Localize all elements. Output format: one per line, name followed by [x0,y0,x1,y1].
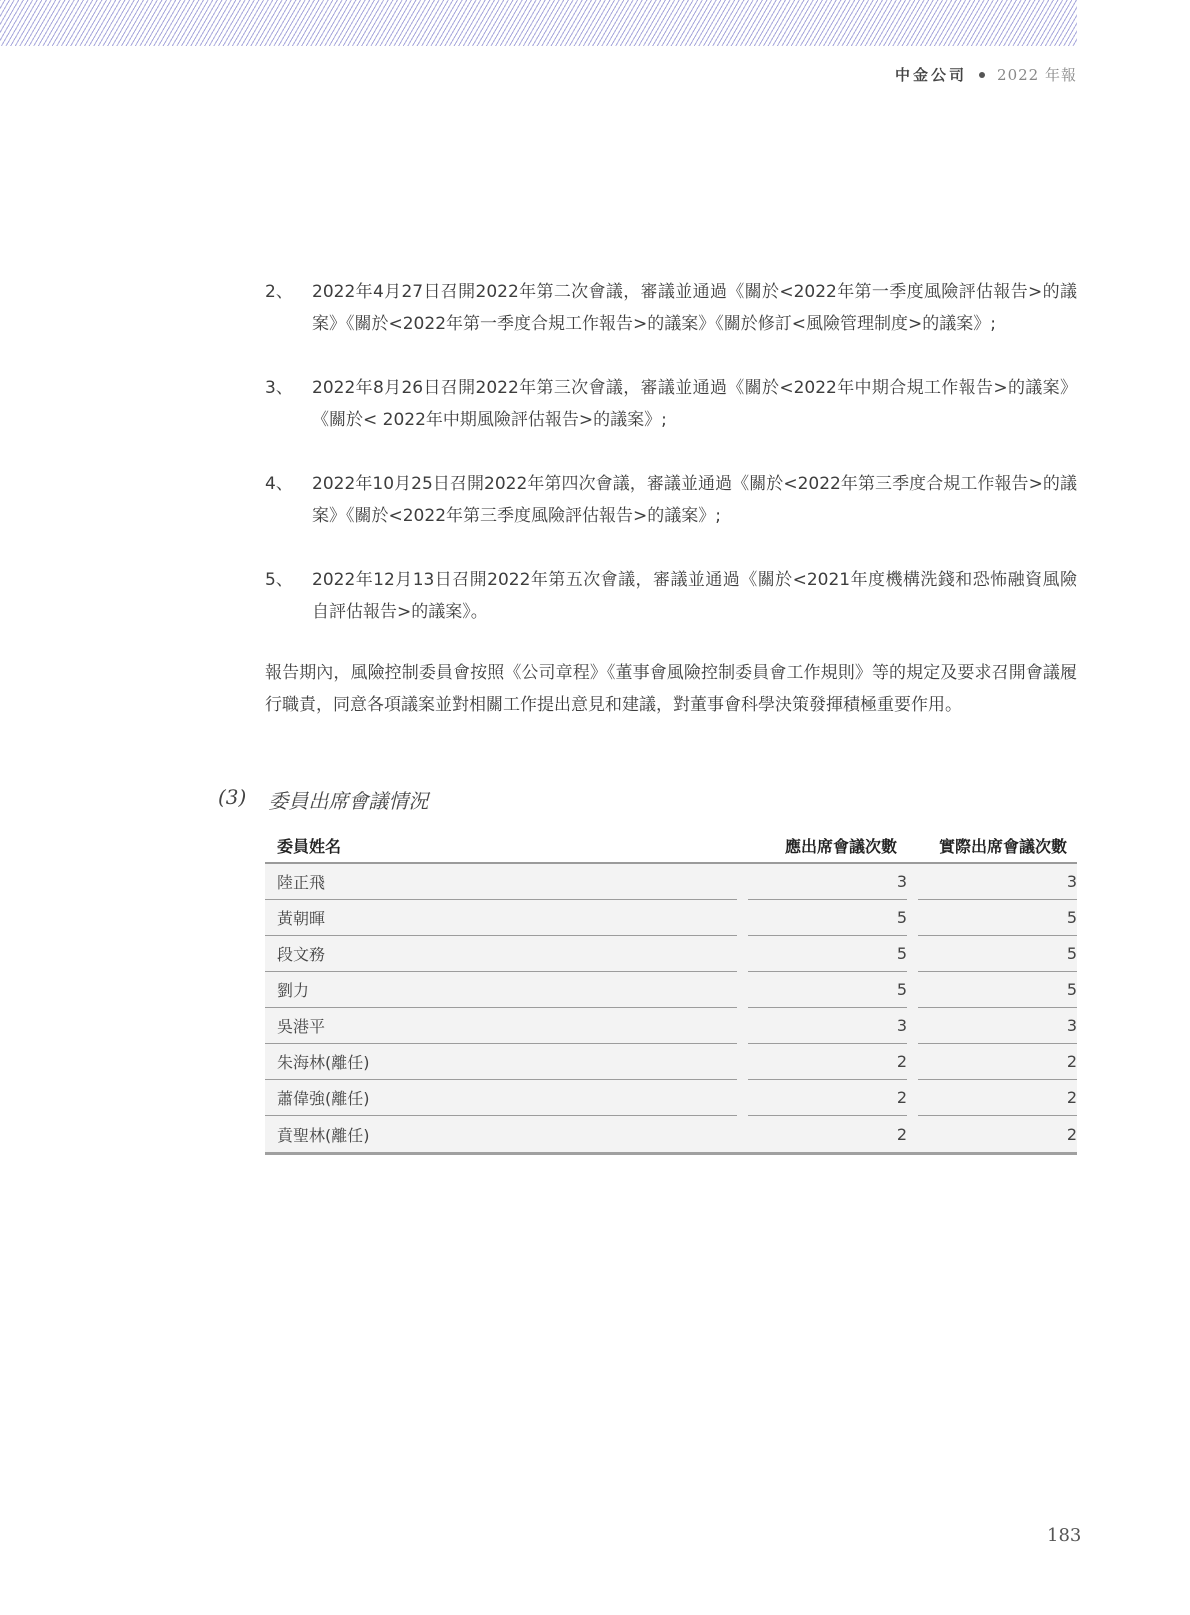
column-header-required: 應出席會議次數 [737,834,907,857]
attended-count: 3 [918,864,1077,900]
meeting-list: 2、 2022年4月27日召開2022年第二次會議，審議並通過《關於<2022年… [265,276,1077,660]
table-row: 賁聖林(離任) 2 2 [265,1116,1077,1155]
item-number: 2、 [265,276,312,340]
required-count: 5 [748,972,907,1008]
section-number: (3) [218,785,246,814]
item-text: 2022年10月25日召開2022年第四次會議，審議並通過《關於<2022年第三… [312,468,1077,532]
list-item: 3、 2022年8月26日召開2022年第三次會議，審議並通過《關於<2022年… [265,372,1077,436]
list-item: 4、 2022年10月25日召開2022年第四次會議，審議並通過《關於<2022… [265,468,1077,532]
column-header-attended: 實際出席會議次數 [907,834,1077,857]
item-number: 5、 [265,564,312,628]
required-count: 2 [748,1044,907,1080]
required-count: 2 [737,1116,907,1152]
member-name: 黃朝暉 [265,900,737,936]
section-heading: (3) 委員出席會議情況 [218,785,428,814]
member-name: 劉力 [265,972,737,1008]
item-text: 2022年12月13日召開2022年第五次會議，審議並通過《關於<2021年度機… [312,564,1077,628]
required-count: 5 [748,936,907,972]
company-name: 中金公司 [895,64,967,85]
attended-count: 2 [918,1044,1077,1080]
member-name: 陸正飛 [265,864,737,900]
page-number: 183 [1047,1525,1081,1546]
member-name: 賁聖林(離任) [265,1116,737,1152]
item-number: 4、 [265,468,312,532]
list-item: 5、 2022年12月13日召開2022年第五次會議，審議並通過《關於<2021… [265,564,1077,628]
member-name: 蕭偉強(離任) [265,1080,737,1116]
required-count: 3 [748,864,907,900]
attendance-table: 委員姓名 應出席會議次數 實際出席會議次數 陸正飛 3 3 黃朝暉 5 5 段文… [265,828,1077,1155]
table-row: 劉力 5 5 [265,972,1077,1008]
attended-count: 5 [918,936,1077,972]
bullet-separator-icon [979,72,985,78]
running-header: 中金公司 2022 年報 [895,64,1077,85]
column-header-name: 委員姓名 [265,834,737,857]
member-name: 朱海林(離任) [265,1044,737,1080]
member-name: 吳港平 [265,1008,737,1044]
table-row: 蕭偉強(離任) 2 2 [265,1080,1077,1116]
item-text: 2022年8月26日召開2022年第三次會議，審議並通過《關於<2022年中期合… [312,372,1077,436]
report-name: 2022 年報 [997,64,1077,85]
table-row: 陸正飛 3 3 [265,864,1077,900]
attended-count: 3 [918,1008,1077,1044]
member-name: 段文務 [265,936,737,972]
table-row: 黃朝暉 5 5 [265,900,1077,936]
list-item: 2、 2022年4月27日召開2022年第二次會議，審議並通過《關於<2022年… [265,276,1077,340]
item-text: 2022年4月27日召開2022年第二次會議，審議並通過《關於<2022年第一季… [312,276,1077,340]
table-header: 委員姓名 應出席會議次數 實際出席會議次數 [265,828,1077,864]
required-count: 2 [748,1080,907,1116]
attended-count: 5 [918,972,1077,1008]
table-row: 段文務 5 5 [265,936,1077,972]
required-count: 3 [748,1008,907,1044]
section-title: 委員出席會議情況 [268,785,428,814]
attended-count: 2 [907,1116,1077,1152]
decorative-hatch-band [0,0,1077,46]
required-count: 5 [748,900,907,936]
item-number: 3、 [265,372,312,436]
attended-count: 5 [918,900,1077,936]
table-row: 朱海林(離任) 2 2 [265,1044,1077,1080]
attended-count: 2 [918,1080,1077,1116]
table-row: 吳港平 3 3 [265,1008,1077,1044]
summary-paragraph: 報告期內，風險控制委員會按照《公司章程》《董事會風險控制委員會工作規則》等的規定… [265,657,1077,721]
